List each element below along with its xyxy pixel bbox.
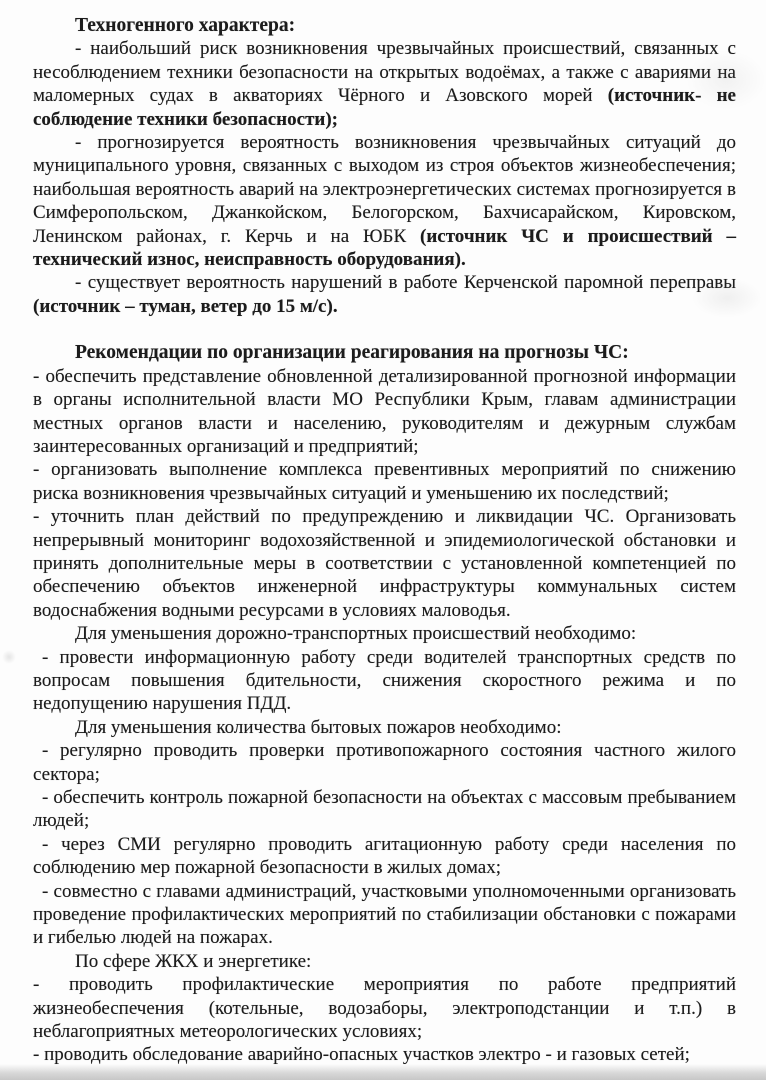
paragraph-run: Для уменьшения количества бытовых пожаро… <box>75 717 562 738</box>
para-joint-prevention: - совместно с главами администраций, уча… <box>33 880 736 950</box>
para-traffic-heading: Для уменьшения дорожно-транспортных прои… <box>33 622 736 645</box>
paragraph-run: - обеспечить контроль пожарной безопасно… <box>33 787 736 831</box>
scanned-document-page: Техногенного характера:- наибольший риск… <box>0 0 766 1080</box>
paragraph-run: - совместно с главами администраций, уча… <box>33 881 736 949</box>
para-fires-heading: Для уменьшения количества бытовых пожаро… <box>33 716 736 739</box>
paragraph-run: - обеспечить представление обновленной д… <box>33 366 736 457</box>
paragraph-run: - провести информационную работу среди в… <box>33 647 736 715</box>
paragraph-run: - организовать выполнение комплекса прев… <box>33 459 736 503</box>
heading-text: Техногенного характера: <box>75 15 295 36</box>
para-energy-systems: - прогнозируется вероятность возникновен… <box>33 131 736 271</box>
paragraph-run: - уточнить план действий по предупрежден… <box>33 506 736 621</box>
paragraph-run: - через СМИ регулярно проводить агитацио… <box>33 834 736 878</box>
scan-smudge <box>692 278 762 318</box>
paragraph-run: - существует вероятность нарушений в раб… <box>75 272 736 293</box>
para-provide-forecast-info: - обеспечить представление обновленной д… <box>33 365 736 459</box>
paragraph-run: (источник – туман, ветер до 15 м/с). <box>33 296 338 317</box>
paragraph-run: Для уменьшения дорожно-транспортных прои… <box>75 623 636 644</box>
document-body: Техногенного характера:- наибольший риск… <box>33 14 736 1067</box>
para-action-plan: - уточнить план действий по предупрежден… <box>33 505 736 622</box>
para-media-campaign: - через СМИ регулярно проводить агитацио… <box>33 833 736 880</box>
para-utilities-heading: По сфере ЖКХ и энергетике: <box>33 950 736 973</box>
para-water-safety: - наибольший риск возникновения чрезвыча… <box>33 37 736 131</box>
para-ferry-crossing: - существует вероятность нарушений в раб… <box>33 271 736 318</box>
scan-smudge <box>686 50 766 110</box>
heading-technogenic: Техногенного характера: <box>33 14 736 37</box>
para-driver-awareness: - провести информационную работу среди в… <box>33 646 736 716</box>
para-fire-inspections: - регулярно проводить проверки противопо… <box>33 739 736 786</box>
paragraph-run: - проводить профилактические мероприятия… <box>33 974 736 1042</box>
para-utilities-prevention: - проводить профилактические мероприятия… <box>33 973 736 1043</box>
para-preventive-measures: - организовать выполнение комплекса прев… <box>33 458 736 505</box>
paragraph-run: По сфере ЖКХ и энергетике: <box>75 951 311 972</box>
scan-edge-band <box>0 1064 766 1080</box>
heading-text: Рекомендации по организации реагирования… <box>75 342 629 363</box>
heading-recommendations: Рекомендации по организации реагирования… <box>33 341 736 364</box>
scan-speck <box>2 650 16 664</box>
paragraph-run: - проводить обследование аварийно-опасны… <box>33 1044 690 1065</box>
blank-line <box>33 318 736 341</box>
paragraph-run: - регулярно проводить проверки противопо… <box>33 740 736 784</box>
para-fire-control-mass-objects: - обеспечить контроль пожарной безопасно… <box>33 786 736 833</box>
